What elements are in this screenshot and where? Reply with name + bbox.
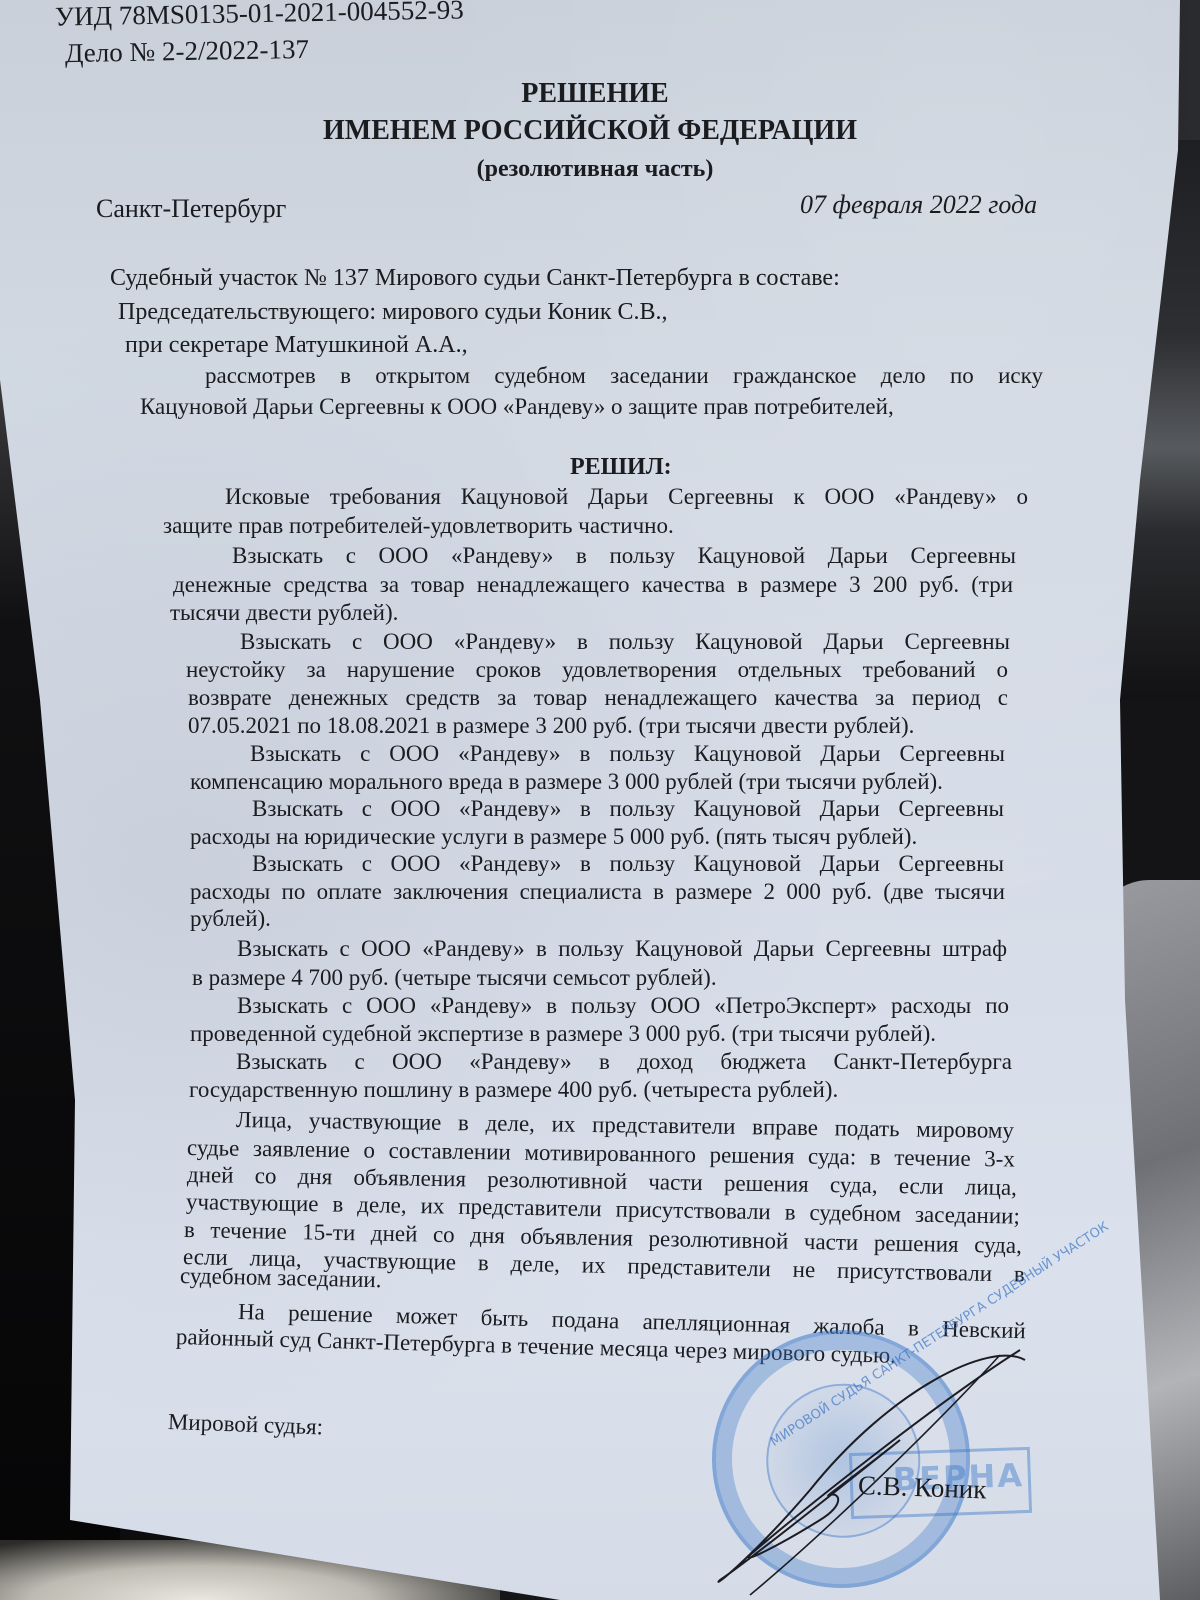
body-line: расходы по оплате заключения специалиста… xyxy=(190,880,1005,903)
document-title: РЕШЕНИЕ xyxy=(0,80,1190,108)
signature-label: Мировой судья: xyxy=(168,1410,324,1438)
body-line: защите прав потребителей-удовлетворить ч… xyxy=(163,514,674,537)
body-line: Взыскать с ООО «Рандеву» в пользу Кацуно… xyxy=(240,630,1010,653)
photo-scene: R N D УИД 78MS0135-01-2021-004552-93 Дел… xyxy=(0,0,1200,1600)
intro-line-4: рассмотрев в открытом судебном заседании… xyxy=(205,364,1043,387)
body-line: расходы на юридические услуги в размере … xyxy=(190,825,917,848)
intro-line-1: Судебный участок № 137 Мирового судьи Са… xyxy=(110,266,840,290)
body-line: государственную пошлину в размере 400 ру… xyxy=(189,1078,838,1101)
intro-line-2: Председательствующего: мирового судьи Ко… xyxy=(118,300,668,324)
body-line: Взыскать с ООО «Рандеву» в пользу Кацуно… xyxy=(252,852,1004,875)
body-line: рублей). xyxy=(190,907,271,930)
body-line: судебном заседании. xyxy=(180,1264,382,1291)
body-line: проведенной судебной экспертизе в размер… xyxy=(190,1022,936,1045)
document-part: (резолютивная часть) xyxy=(0,157,1190,181)
judge-name: С.В. Коник xyxy=(858,1472,987,1503)
body-line: Взыскать с ООО «Рандеву» в пользу Кацуно… xyxy=(232,544,1016,567)
date: 07 февраля 2022 года xyxy=(800,192,1037,218)
body-line: денежные средства за товар ненадлежащего… xyxy=(173,573,1013,596)
court-decision-sheet: УИД 78MS0135-01-2021-004552-93 Дело № 2-… xyxy=(0,0,1200,1600)
uid-line: УИД 78MS0135-01-2021-004552-93 xyxy=(55,0,464,31)
body-line: Взыскать с ООО «Рандеву» в пользу Кацуно… xyxy=(252,797,1004,820)
intro-line-3: при секретаре Матушкиной А.А., xyxy=(125,333,468,357)
body-line: Взыскать с ООО «Рандеву» в пользу Кацуно… xyxy=(250,742,1005,765)
body-line: 07.05.2021 по 18.08.2021 в размере 3 200… xyxy=(188,714,914,737)
body-line: компенсацию морального вреда в размере 3… xyxy=(190,770,943,793)
handwritten-signature xyxy=(690,1330,1030,1600)
body-line: Взыскать с ООО «Рандеву» в пользу Кацуно… xyxy=(237,937,1007,960)
decided-heading: РЕШИЛ: xyxy=(570,455,672,479)
body-line: Взыскать с ООО «Рандеву» в пользу ООО «П… xyxy=(237,994,1009,1017)
city: Санкт-Петербург xyxy=(96,196,286,222)
body-line: в размере 4 700 руб. (четыре тысячи семь… xyxy=(192,966,717,989)
case-number: Дело № 2-2/2022-137 xyxy=(65,36,309,67)
body-line: неустойку за нарушение сроков удовлетвор… xyxy=(186,658,1008,681)
body-line: Исковые требования Кацуновой Дарьи Серге… xyxy=(225,485,1028,508)
body-line: возврате денежных средств за товар ненад… xyxy=(188,686,1008,709)
document-subtitle: ИМЕНЕМ РОССИЙСКОЙ ФЕДЕРАЦИИ xyxy=(0,117,1180,145)
intro-line-5: Кацуновой Дарьи Сергеевны к ООО «Рандеву… xyxy=(140,395,894,418)
body-line: Взыскать с ООО «Рандеву» в доход бюджета… xyxy=(236,1050,1012,1073)
body-line: тысячи двести рублей). xyxy=(170,601,398,624)
